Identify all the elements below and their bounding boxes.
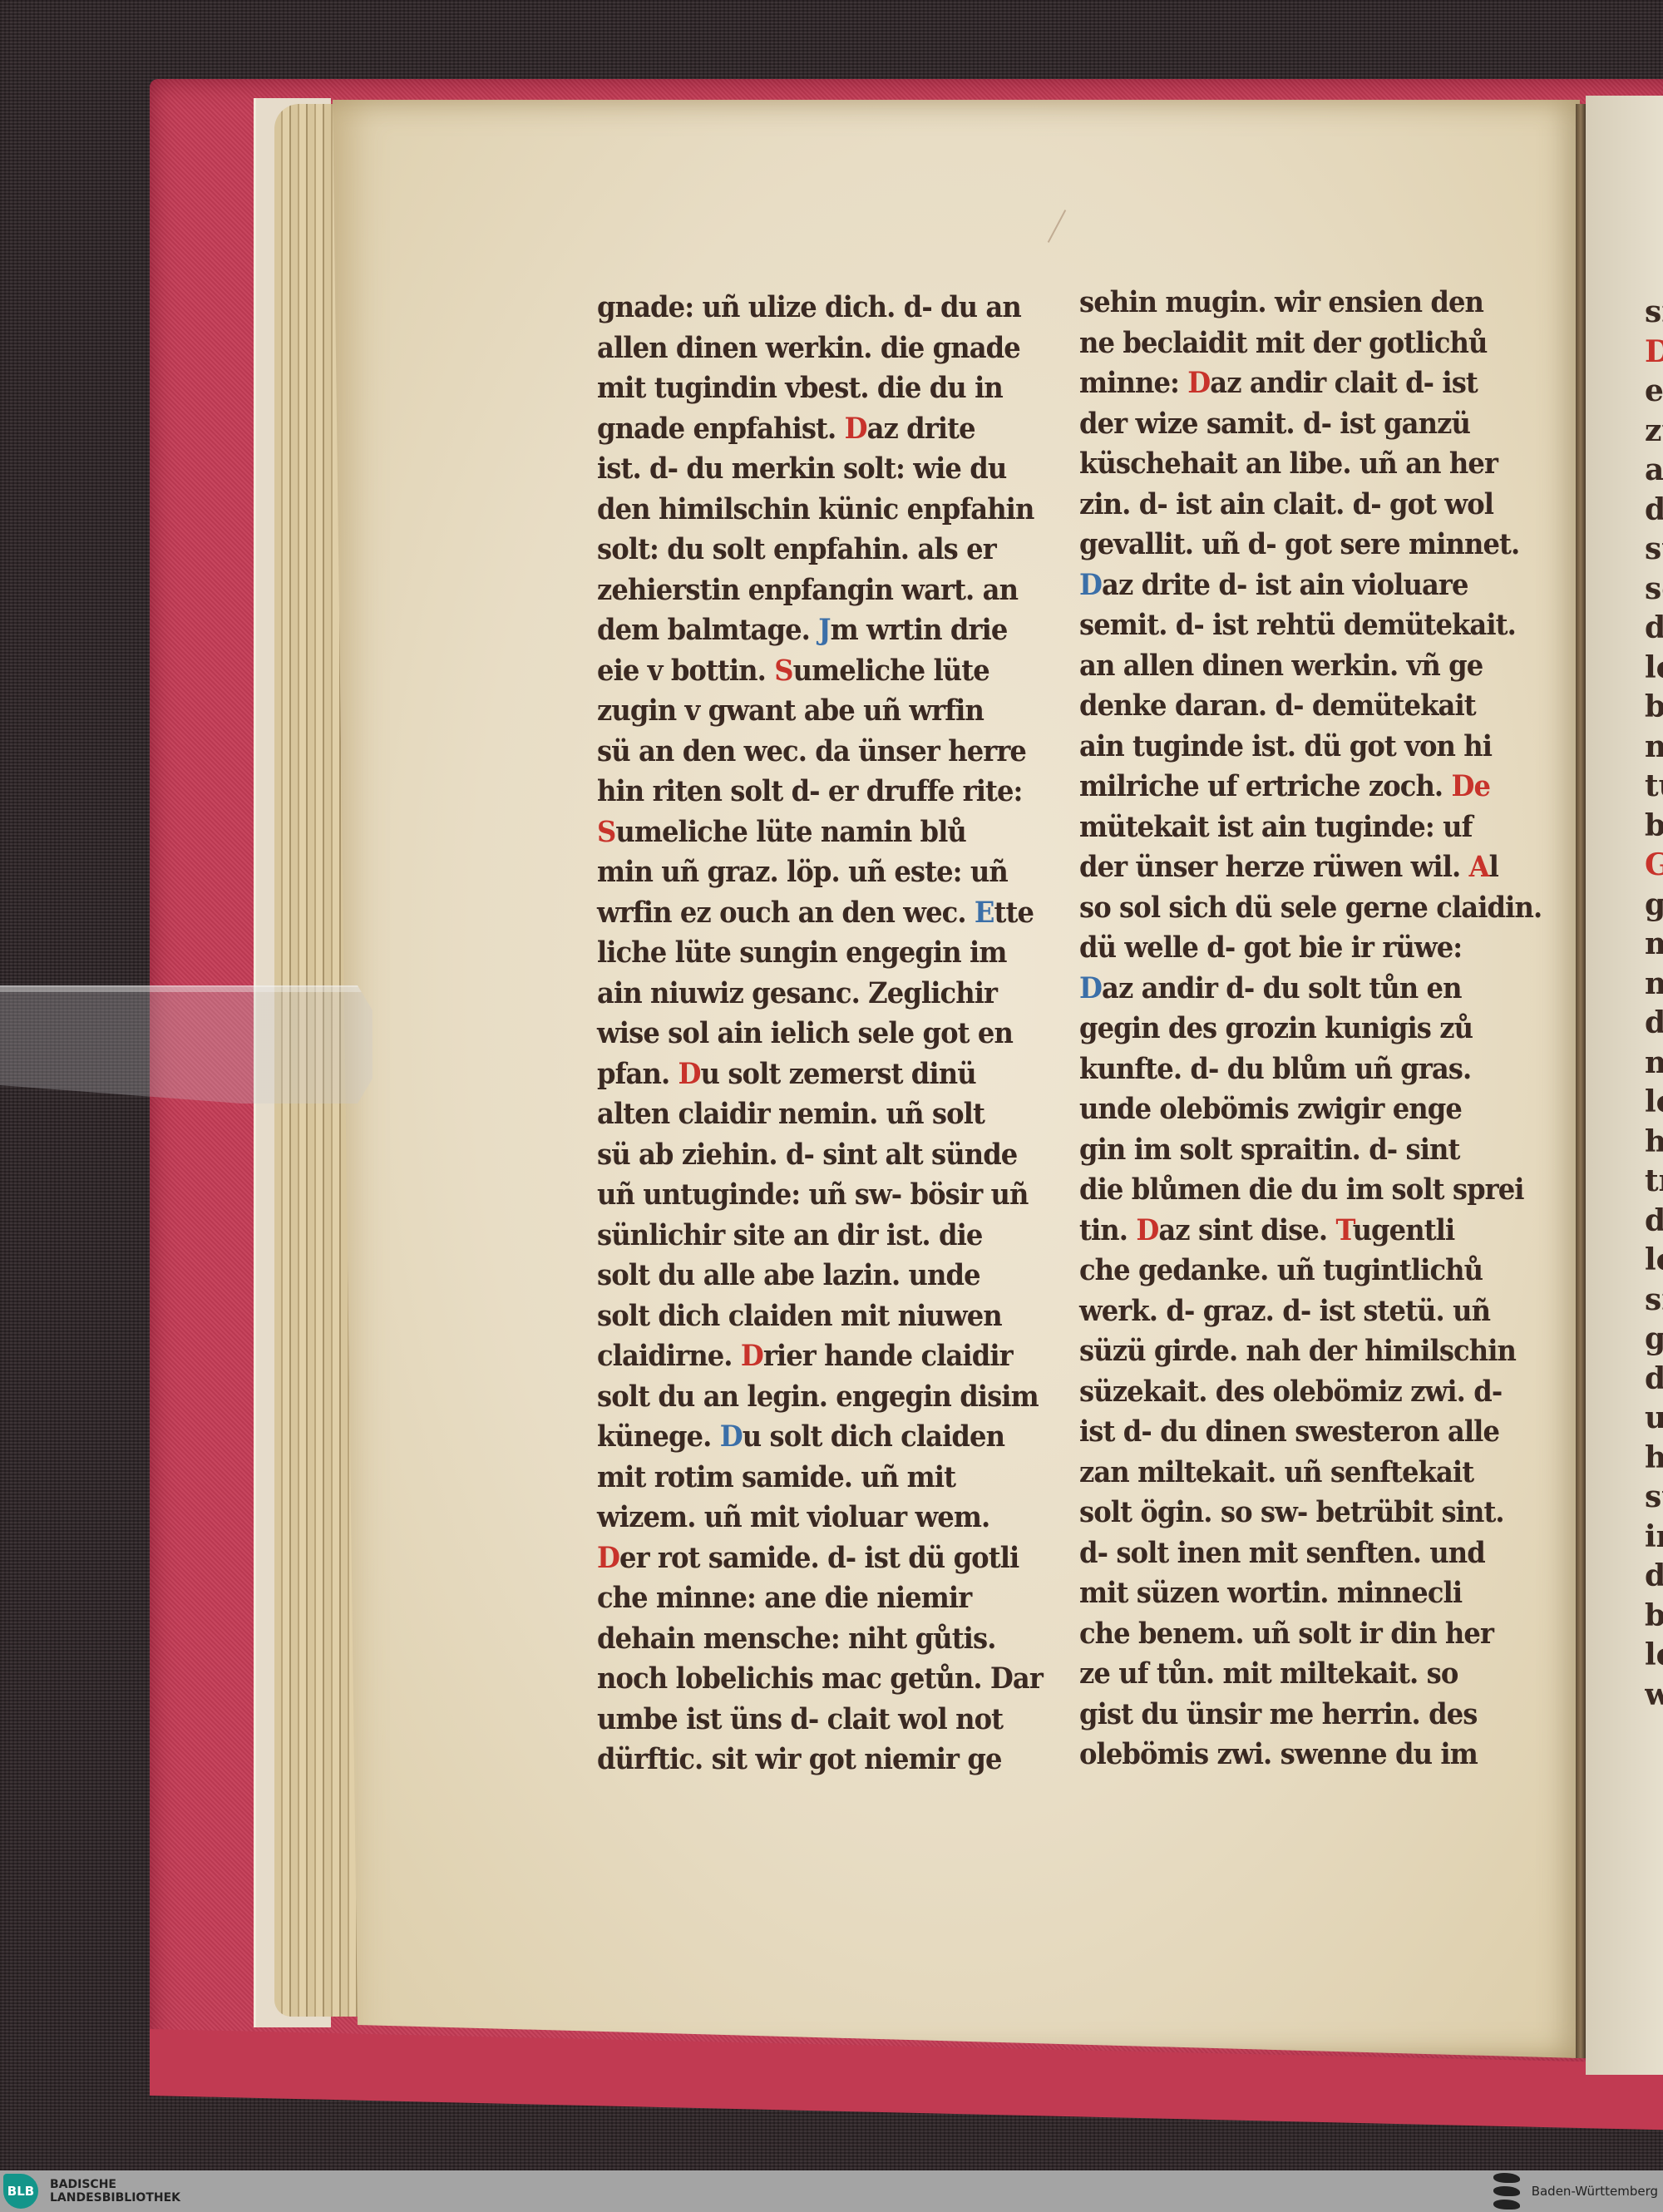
manuscript-line: ain tuginde ist. dü got von hi <box>1079 727 1508 768</box>
manuscript-line: milriche uf ertriche zoch. De <box>1079 767 1508 807</box>
manuscript-line: liche lüte sungin engegin im <box>597 933 1025 974</box>
manuscript-line: dürftic. sit wir got niemir ge <box>597 1740 1025 1780</box>
manuscript-line: alten claidir nemin. uñ solt <box>597 1094 1025 1135</box>
manuscript-line: sü ab ziehin. d- sint alt sünde <box>597 1135 1025 1176</box>
line-text: künege. <box>597 1420 720 1454</box>
line-text: ist d- du dinen swesteron alle <box>1079 1415 1499 1449</box>
line-text: tin. <box>1079 1213 1136 1247</box>
manuscript-line: ist d- du dinen swesteron alle <box>1079 1412 1508 1453</box>
red-initial: D <box>845 412 867 446</box>
manuscript-line: wizem. uñ mit violuar wem. <box>597 1498 1025 1538</box>
line-text: zugin v gwant abe uñ wrfin <box>597 694 984 728</box>
line-text: gnade: uñ ulize dich. d- du an <box>597 290 1021 324</box>
line-text: zehierstin enpfangin wart. an <box>597 573 1018 607</box>
text-column-left: gnade: uñ ulize dich. d- du anallen dine… <box>597 288 1063 1780</box>
manuscript-line: min uñ graz. löp. uñ este: uñ <box>597 852 1025 893</box>
facing-page-line: tu <box>1645 767 1663 807</box>
line-text: ist. d- du merkin solt: wie du <box>597 452 1006 486</box>
manuscript-line: sü an den wec. da ünser herre <box>597 732 1025 773</box>
facing-page-line: un <box>1645 1399 1663 1439</box>
line-text: er rot samide. d- ist dü gotli <box>619 1541 1019 1575</box>
line-text: uñ untuginde: uñ sw- bösir uñ <box>597 1178 1029 1212</box>
blb-badge-icon: BLB <box>3 2174 38 2209</box>
red-initial: D <box>679 1057 701 1091</box>
manuscript-line: solt du an legin. engegin disim <box>597 1377 1025 1418</box>
manuscript-line: zugin v gwant abe uñ wrfin <box>597 691 1025 732</box>
manuscript-line: Daz andir d- du solt tůn en <box>1079 969 1508 1010</box>
prick-mark <box>1048 210 1066 243</box>
line-text: an allen dinen werkin. vñ ge <box>1079 649 1483 683</box>
manuscript-line: Sumeliche lüte namin blů <box>597 812 1025 853</box>
line-text: küschehait an libe. uñ an her <box>1079 447 1498 481</box>
manuscript-line: allen dinen werkin. die gnade <box>597 328 1025 369</box>
line-text: ain niuwiz gesanc. Zeglichir <box>597 976 997 1010</box>
facing-page-line: sü <box>1645 530 1663 570</box>
manuscript-line: minne: Daz andir clait d- ist <box>1079 363 1508 404</box>
text-column-right: sehin mugin. wir ensien denne beclaidit … <box>1079 283 1545 1775</box>
line-text: umeliche lüte <box>793 654 989 688</box>
line-text: d- solt inen mit senften. und <box>1079 1536 1485 1570</box>
blb-name-line1: BADISCHE <box>50 2178 180 2191</box>
facing-page-line: m <box>1645 925 1663 965</box>
line-text: solt ögin. so sw- betrübit sint. <box>1079 1495 1504 1529</box>
line-text: kunfte. d- du blům uñ gras. <box>1079 1052 1471 1086</box>
manuscript-line: uñ untuginde: uñ sw- bösir uñ <box>597 1175 1025 1216</box>
line-text: den himilschin künic enpfahin <box>597 492 1034 526</box>
line-text: werk. d- graz. d- ist stetü. uñ <box>1079 1294 1490 1328</box>
blb-logo[interactable]: BLB BADISCHE LANDESBIBLIOTHEK <box>3 2174 180 2209</box>
blue-initial: D <box>1079 568 1102 602</box>
baden-wuerttemberg-label: Baden-Württemberg <box>1532 2184 1658 2199</box>
line-text: az drite <box>867 412 975 446</box>
line-text: az andir clait d- ist <box>1210 366 1478 400</box>
line-text: dem balmtage. <box>597 613 818 647</box>
manuscript-line: d- solt inen mit senften. und <box>1079 1533 1508 1574</box>
line-text: az sint dise. <box>1158 1213 1335 1247</box>
facing-page-line: tn <box>1645 1162 1663 1202</box>
manuscript-line: solt: du solt enpfahin. als er <box>597 530 1025 570</box>
facing-page-line: n <box>1645 1044 1663 1084</box>
line-text: unde olebömis zwigir enge <box>1079 1092 1462 1126</box>
facing-page-line: gi <box>1645 886 1663 926</box>
line-text: gegin des grozin kunigis zů <box>1079 1011 1473 1045</box>
line-text: tte <box>994 896 1034 930</box>
line-text: süzü girde. nah der himilschin <box>1079 1334 1516 1368</box>
manuscript-line: olebömis zwi. swenne du im <box>1079 1735 1508 1775</box>
line-text: denke daran. d- demütekait <box>1079 689 1476 723</box>
facing-page-line: br <box>1645 1597 1663 1637</box>
line-text: u solt zemerst dinü <box>701 1057 976 1091</box>
manuscript-line: che benem. uñ solt ir din her <box>1079 1614 1508 1655</box>
line-text: min uñ graz. löp. uñ este: uñ <box>597 855 1008 889</box>
manuscript-line: an allen dinen werkin. vñ ge <box>1079 646 1508 687</box>
facing-page-line: lo <box>1645 649 1663 689</box>
blb-name: BADISCHE LANDESBIBLIOTHEK <box>50 2178 180 2205</box>
manuscript-line: den himilschin künic enpfahin <box>597 490 1025 531</box>
red-initial: D <box>741 1339 763 1373</box>
manuscript-line: wise sol ain ielich sele got en <box>597 1014 1025 1054</box>
line-text: zin. d- ist ain clait. d- got wol <box>1079 487 1493 521</box>
line-text: pfan. <box>597 1057 679 1091</box>
manuscript-line: sünlichir site an dir ist. die <box>597 1216 1025 1257</box>
manuscript-line: sehin mugin. wir ensien den <box>1079 283 1508 323</box>
line-text: gnade enpfahist. <box>597 412 845 446</box>
red-initial: De <box>1452 769 1491 803</box>
facing-page-line: lo <box>1645 1083 1663 1123</box>
facing-page-line: be <box>1645 807 1663 847</box>
book-gutter <box>1576 104 1586 2058</box>
line-text: alten claidir nemin. uñ solt <box>597 1097 984 1131</box>
facing-page-line: di <box>1645 609 1663 649</box>
line-text: az drite d- ist ain violuare <box>1102 568 1468 602</box>
viewer-footer-bar: BLB BADISCHE LANDESBIBLIOTHEK Baden-Würt… <box>0 2170 1663 2212</box>
line-text: semit. d- ist rehtü demütekait. <box>1079 608 1516 642</box>
manuscript-line: wrfin ez ouch an den wec. Ette <box>597 893 1025 934</box>
line-text: sü an den wec. da ünser herre <box>597 734 1026 768</box>
facing-page-line: sin <box>1645 1281 1663 1321</box>
line-text: umbe ist üns d- clait wol not <box>597 1702 1003 1736</box>
line-text: sehin mugin. wir ensien den <box>1079 285 1483 319</box>
line-text: claidirne. <box>597 1339 741 1373</box>
manuscript-line: ist. d- du merkin solt: wie du <box>597 449 1025 490</box>
manuscript-line: zan miltekait. uñ senftekait <box>1079 1453 1508 1494</box>
manuscript-line: gin im solt spraitin. d- sint <box>1079 1130 1508 1171</box>
line-text: l <box>1489 850 1498 884</box>
manuscript-line: mütekait ist ain tuginde: uf <box>1079 807 1508 848</box>
manuscript-line: unde olebömis zwigir enge <box>1079 1089 1508 1130</box>
manuscript-line: gnade enpfahist. Daz drite <box>597 409 1025 450</box>
facing-page-line: D <box>1645 333 1663 373</box>
line-text: u solt dich claiden <box>743 1420 1004 1454</box>
facing-page-line: Ge <box>1645 846 1663 886</box>
manuscript-line: dü welle d- got bie ir rüwe: <box>1079 928 1508 969</box>
line-text: ze uf tůn. mit miltekait. so <box>1079 1657 1458 1691</box>
line-text: hin riten solt d- er druffe rite: <box>597 774 1022 808</box>
manuscript-line: eie v bottin. Sumeliche lüte <box>597 651 1025 692</box>
red-initial: T <box>1335 1213 1352 1247</box>
line-text: wizem. uñ mit violuar wem. <box>597 1500 989 1534</box>
blue-initial: D <box>1079 971 1102 1005</box>
line-text: mit süzen wortin. minnecli <box>1079 1576 1462 1610</box>
line-text: sü ab ziehin. d- sint alt sünde <box>597 1138 1017 1172</box>
facing-page-line: lop <box>1645 1241 1663 1281</box>
facing-page-line: be <box>1645 688 1663 728</box>
manuscript-line: solt dich claiden mit niuwen <box>597 1296 1025 1337</box>
red-initial: D <box>597 1541 619 1575</box>
blue-initial: D <box>720 1420 743 1454</box>
manuscript-line: dehain mensche: niht gůtis. <box>597 1619 1025 1660</box>
line-text: gin im solt spraitin. d- sint <box>1079 1133 1460 1167</box>
line-text: der wize samit. d- ist ganzü <box>1079 407 1470 441</box>
facing-page-line: so <box>1645 570 1663 610</box>
manuscript-line: der ünser herze rüwen wil. Al <box>1079 847 1508 888</box>
facing-page-line: zu <box>1645 412 1663 452</box>
line-text: dü welle d- got bie ir rüwe: <box>1079 931 1462 965</box>
manuscript-line: denke daran. d- demütekait <box>1079 686 1508 727</box>
manuscript-line: mit tugindin vbest. die du in <box>597 368 1025 409</box>
manuscript-line: ain niuwiz gesanc. Zeglichir <box>597 974 1025 1015</box>
manuscript-line: gegin des grozin kunigis zů <box>1079 1009 1508 1049</box>
line-text: umeliche lüte namin blů <box>615 815 966 849</box>
manuscript-line: solt du alle abe lazin. unde <box>597 1256 1025 1296</box>
line-text: m wrtin drie <box>831 613 1008 647</box>
manuscript-line: che gedanke. uñ tugintlichů <box>1079 1251 1508 1291</box>
facing-page-line: do <box>1645 491 1663 531</box>
line-text: zan miltekait. uñ senftekait <box>1079 1455 1473 1489</box>
facing-page-line: let <box>1645 1636 1663 1676</box>
red-initial: D <box>1187 366 1210 400</box>
facing-page-line: he <box>1645 1439 1663 1479</box>
red-initial: S <box>774 654 792 688</box>
facing-page-line: n <box>1645 965 1663 1005</box>
facing-page-line: d <box>1645 1004 1663 1044</box>
facing-page-line: in <box>1645 1518 1663 1558</box>
manuscript-line: kunfte. d- du blům uñ gras. <box>1079 1049 1508 1090</box>
line-text: ugentli <box>1353 1213 1455 1247</box>
manuscript-line: gist du ünsir me herrin. des <box>1079 1695 1508 1736</box>
facing-page-line: da <box>1645 1202 1663 1242</box>
line-text: gevallit. uñ d- got sere minnet. <box>1079 527 1519 561</box>
line-text: süzekait. des olebömiz zwi. d- <box>1079 1375 1502 1409</box>
facing-page-line: si <box>1645 293 1663 333</box>
manuscript-line: süzü girde. nah der himilschin <box>1079 1331 1508 1372</box>
manuscript-line: die blůmen die du im solt sprei <box>1079 1170 1508 1211</box>
manuscript-line: so sol sich dü sele gerne claidin. <box>1079 888 1508 929</box>
line-text: mit rotim samide. uñ mit <box>597 1460 955 1494</box>
line-text: noch lobelichis mac getůn. Dar <box>597 1661 1043 1696</box>
baden-wuerttemberg-logo[interactable]: Baden-Württemberg <box>1493 2173 1658 2210</box>
facing-page-line: we <box>1645 1676 1663 1716</box>
three-lions-coat-of-arms-icon <box>1493 2173 1520 2210</box>
facing-page-line: gu <box>1645 1320 1663 1360</box>
manuscript-line: hin riten solt d- er druffe rite: <box>597 772 1025 812</box>
line-text: olebömis zwi. swenne du im <box>1079 1737 1478 1771</box>
manuscript-line: gevallit. uñ d- got sere minnet. <box>1079 525 1508 565</box>
line-text: che minne: ane die niemir <box>597 1581 971 1615</box>
manuscript-line: der wize samit. d- ist ganzü <box>1079 404 1508 445</box>
manuscript-line: noch lobelichis mac getůn. Dar <box>597 1659 1025 1700</box>
manuscript-line: Daz drite d- ist ain violuare <box>1079 565 1508 606</box>
red-initial: A <box>1469 850 1489 884</box>
line-text: mütekait ist ain tuginde: uf <box>1079 810 1473 844</box>
blue-initial: J <box>818 613 830 647</box>
manuscript-line: mit süzen wortin. minnecli <box>1079 1573 1508 1614</box>
facing-page-line: he <box>1645 1123 1663 1163</box>
manuscript-line: tin. Daz sint dise. Tugentli <box>1079 1211 1508 1252</box>
manuscript-line: gnade: uñ ulize dich. d- du an <box>597 288 1025 328</box>
line-text: allen dinen werkin. die gnade <box>597 331 1020 365</box>
blue-initial: E <box>975 896 994 930</box>
line-text: rier hande claidir <box>763 1339 1013 1373</box>
line-text: dürftic. sit wir got niemir ge <box>597 1742 1002 1776</box>
manuscript-line: ze uf tůn. mit miltekait. so <box>1079 1654 1508 1695</box>
facing-page-line: an <box>1645 451 1663 491</box>
line-text: solt du an legin. engegin disim <box>597 1380 1039 1414</box>
line-text: ain tuginde ist. dü got von hi <box>1079 729 1492 763</box>
facing-page-line: d <box>1645 1557 1663 1597</box>
red-initial: D <box>1136 1213 1158 1247</box>
manuscript-line: ne beclaidit mit der gotlichů <box>1079 323 1508 364</box>
line-text: eie v bottin. <box>597 654 774 688</box>
manuscript-line: mit rotim samide. uñ mit <box>597 1458 1025 1499</box>
line-text: dehain mensche: niht gůtis. <box>597 1622 996 1656</box>
facing-page-line: en <box>1645 372 1663 412</box>
manuscript-line: umbe ist üns d- clait wol not <box>597 1700 1025 1740</box>
manuscript-line: küschehait an libe. uñ an her <box>1079 444 1508 485</box>
line-text: die blůmen die du im solt sprei <box>1079 1173 1524 1207</box>
line-text: che benem. uñ solt ir din her <box>1079 1617 1493 1651</box>
facing-page-line: du <box>1645 1360 1663 1400</box>
manuscript-line: dem balmtage. Jm wrtin drie <box>597 610 1025 651</box>
line-text: wrfin ez ouch an den wec. <box>597 896 975 930</box>
blb-name-line2: LANDESBIBLIOTHEK <box>50 2191 180 2205</box>
line-text: milriche uf ertriche zoch. <box>1079 769 1452 803</box>
red-initial: S <box>597 815 615 849</box>
manuscript-line: werk. d- graz. d- ist stetü. uñ <box>1079 1291 1508 1332</box>
line-text: che gedanke. uñ tugintlichů <box>1079 1253 1483 1287</box>
line-text: solt du alle abe lazin. unde <box>597 1258 980 1292</box>
line-text: der ünser herze rüwen wil. <box>1079 850 1469 884</box>
line-text: ne beclaidit mit der gotlichů <box>1079 326 1488 360</box>
line-text: sünlichir site an dir ist. die <box>597 1218 982 1252</box>
line-text: wise sol ain ielich sele got en <box>597 1016 1013 1050</box>
manuscript-line: semit. d- ist rehtü demütekait. <box>1079 605 1508 646</box>
manuscript-line: solt ögin. so sw- betrübit sint. <box>1079 1493 1508 1533</box>
line-text: liche lüte sungin engegin im <box>597 936 1007 970</box>
line-text: solt dich claiden mit niuwen <box>597 1299 1002 1333</box>
manuscript-line: süzekait. des olebömiz zwi. d- <box>1079 1372 1508 1413</box>
manuscript-line: che minne: ane die niemir <box>597 1578 1025 1619</box>
facing-page-text: siDenzuandosüsodilobenetubeGegimndnlohet… <box>1645 293 1663 1715</box>
facing-page-line: ne <box>1645 728 1663 768</box>
line-text: mit tugindin vbest. die du in <box>597 371 1003 405</box>
facing-page-line: sü <box>1645 1478 1663 1518</box>
manuscript-line: zehierstin enpfangin wart. an <box>597 570 1025 611</box>
manuscript-line: Der rot samide. d- ist dü gotli <box>597 1538 1025 1579</box>
manuscript-line: pfan. Du solt zemerst dinü <box>597 1054 1025 1095</box>
line-text: solt: du solt enpfahin. als er <box>597 532 996 566</box>
transparent-page-clip[interactable] <box>0 985 374 1105</box>
line-text: az andir d- du solt tůn en <box>1102 971 1462 1005</box>
manuscript-line: claidirne. Drier hande claidir <box>597 1336 1025 1377</box>
manuscript-line: künege. Du solt dich claiden <box>597 1417 1025 1458</box>
line-text: minne: <box>1079 366 1187 400</box>
line-text: so sol sich dü sele gerne claidin. <box>1079 891 1542 925</box>
line-text: gist du ünsir me herrin. des <box>1079 1697 1477 1731</box>
manuscript-line: zin. d- ist ain clait. d- got wol <box>1079 485 1508 526</box>
